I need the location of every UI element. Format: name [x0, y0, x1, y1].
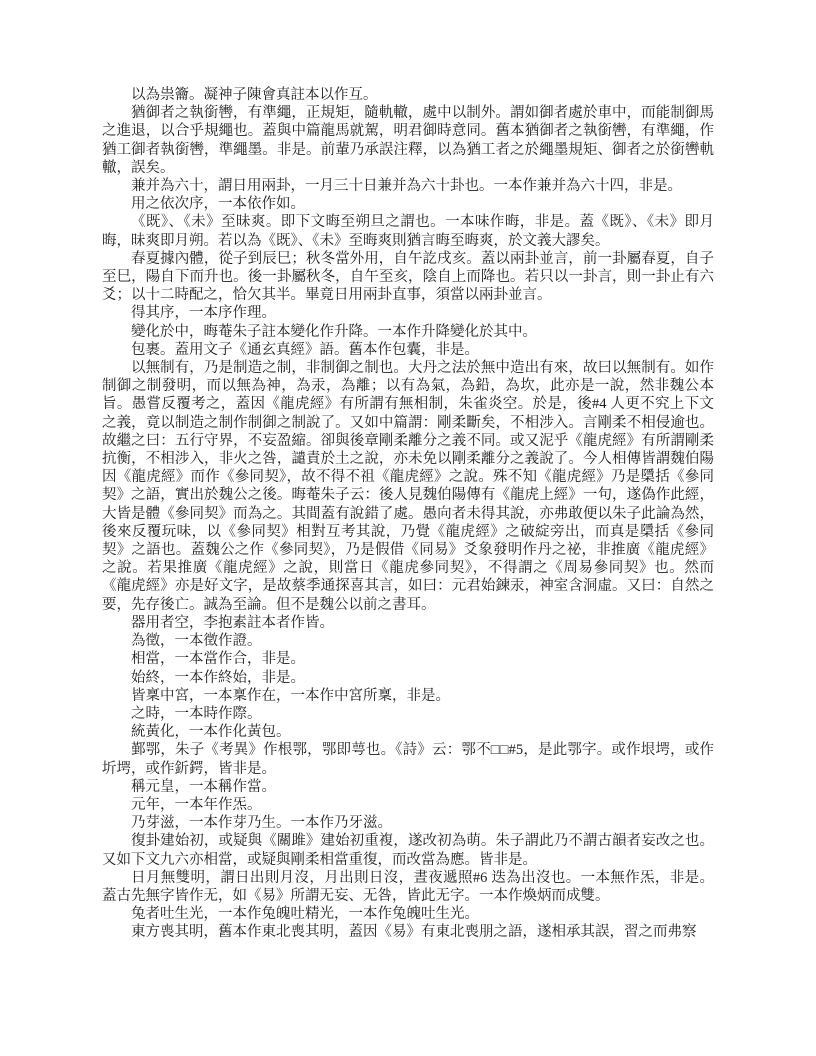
paragraph: 東方喪其明，舊本作東北喪其明，蓋因《易》有東北喪朋之語，遂相承其誤，習之而弗察	[102, 923, 714, 941]
paragraph: 相當，一本當作合，非是。	[102, 650, 714, 668]
paragraph: 稱元皇，一本稱作當。	[102, 778, 714, 796]
paragraph: 用之依次序，一本依作如。	[102, 195, 714, 213]
paragraph: 春夏據內體，從子到辰巳；秋冬當外用，自午訖戌亥。蓋以兩卦並言，前一卦屬春夏，自子…	[102, 250, 714, 305]
text-content: 以為祟籥。凝神子陳會真註本以作互。猶御者之執銜轡，有準繩，正規矩，隨軌轍，處中以…	[102, 86, 714, 942]
paragraph: 器用者空，李抱素註本者作皆。	[102, 614, 714, 632]
paragraph: 以無制有，乃是制造之制，非制御之制也。大丹之法於無中造出有來，故曰以無制有。如作…	[102, 359, 714, 614]
paragraph: 鄞鄂，朱子《考異》作根鄂，鄂即萼也。《詩》云：鄂不□□#5，是此鄂字。或作垠堮，…	[102, 741, 714, 777]
paragraph: 兼并為六十，謂日用兩卦，一月三十日兼并為六十卦也。一本作兼并為六十四，非是。	[102, 177, 714, 195]
paragraph: 為徵，一本徵作證。	[102, 632, 714, 650]
paragraph: 《既》、《未》至昧爽。即下文晦至朔旦之謂也。一本味作晦，非是。蓋《既》、《未》即…	[102, 213, 714, 249]
paragraph: 之時，一本時作際。	[102, 705, 714, 723]
paragraph: 包裹。蓋用文子《通玄真經》語。舊本作包囊，非是。	[102, 341, 714, 359]
paragraph: 日月無雙明，謂日出則月沒，月出則日沒，晝夜遞照#6 迭為出沒也。一本無作炁，非是…	[102, 869, 714, 905]
paragraph: 皆稟中宮，一本稟作在，一本作中宮所稟，非是。	[102, 687, 714, 705]
paragraph: 統黃化，一本作化黃包。	[102, 723, 714, 741]
paragraph: 以為祟籥。凝神子陳會真註本以作互。	[102, 86, 714, 104]
paragraph: 元年，一本年作炁。	[102, 796, 714, 814]
paragraph: 猶御者之執銜轡，有準繩，正規矩，隨軌轍，處中以制外。謂如御者處於車中，而能制御馬…	[102, 104, 714, 177]
document-page: 以為祟籥。凝神子陳會真註本以作互。猶御者之執銜轡，有準繩，正規矩，隨軌轍，處中以…	[0, 0, 816, 1056]
paragraph: 兔者吐生光，一本作兔魄吐精光，一本作兔魄吐生光。	[102, 905, 714, 923]
paragraph: 始終，一本作終始，非是。	[102, 669, 714, 687]
paragraph: 得其序，一本序作理。	[102, 304, 714, 322]
paragraph: 乃芽滋，一本作芽乃生。一本作乃牙滋。	[102, 814, 714, 832]
paragraph: 復卦建始初，或疑與《關雎》建始初重複，遂改初為萌。朱子謂此乃不謂古韻者妄改之也。…	[102, 832, 714, 868]
paragraph: 變化於中，晦菴朱子註本變化作升降。一本作升降變化於其中。	[102, 323, 714, 341]
